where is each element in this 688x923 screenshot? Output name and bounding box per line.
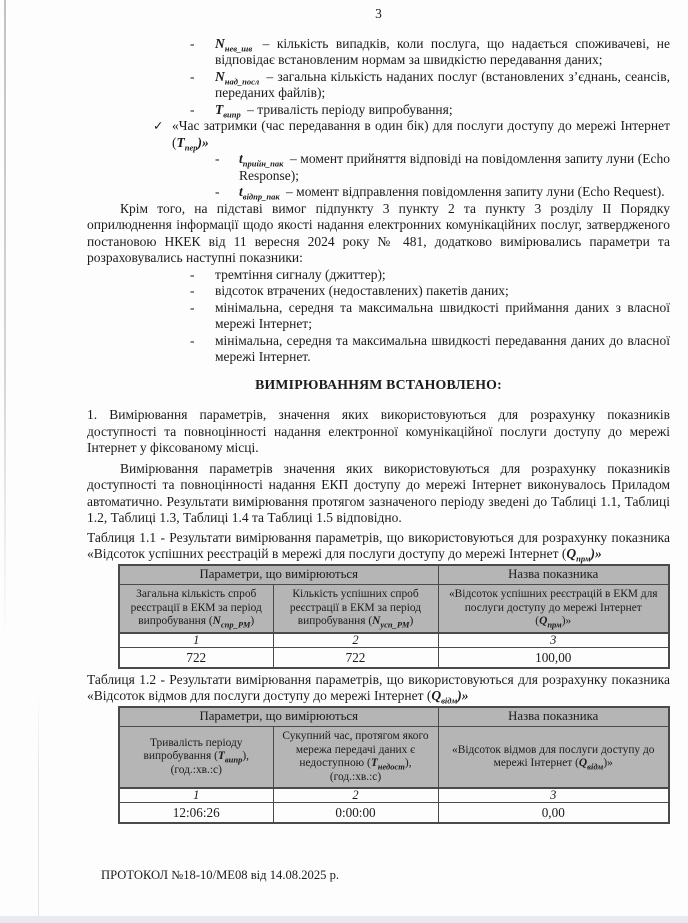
index-cell: 2: [273, 788, 438, 803]
group-header-parameters: Параметри, що вимірюються: [119, 707, 438, 727]
math-term: T: [371, 757, 378, 769]
math-subscript: випр: [225, 755, 243, 765]
index-cell: 2: [273, 633, 438, 648]
section-heading: ВИМІРЮВАННЯМ ВСТАНОВЛЕНО:: [87, 377, 670, 394]
math-subscript: усп_РМ: [380, 619, 409, 629]
definition-text: – кількість випадків, коли послуга, що н…: [215, 36, 670, 68]
bullet-jitter: - тремтіння сигналу (джиттер);: [87, 267, 670, 284]
paragraph-2: Вимірювання параметрів значення яких вик…: [87, 461, 670, 527]
list-item-nev-shv: - Nнев_шв – кількість випадків, коли пос…: [87, 36, 670, 69]
table-row: 722 722 100,00: [119, 647, 669, 668]
group-header-indicator: Назва показника: [438, 565, 669, 585]
page-number: 3: [87, 6, 670, 23]
math-term: T: [177, 135, 185, 150]
index-cell: 3: [438, 633, 669, 648]
math-subscript: відпр_пак: [243, 192, 280, 202]
bullet-text: відсоток втрачених (недоставлених) пакет…: [215, 283, 509, 298]
dash-bullet: -: [190, 300, 195, 317]
bullet-text: тремтіння сигналу (джиттер);: [215, 267, 386, 282]
bullet-lost-packets: - відсоток втрачених (недоставлених) пак…: [87, 283, 670, 300]
math-term: Q: [431, 688, 441, 703]
bullet-text: мінімальна, середня та максимальна швидк…: [215, 333, 670, 365]
dash-bullet: -: [190, 36, 195, 53]
math-term: T: [215, 102, 223, 117]
math-term: Q: [566, 546, 576, 561]
value-cell: 0:00:00: [273, 803, 438, 824]
math-subscript: відм: [587, 761, 603, 771]
col-header-total-attempts: Загальна кількість спроб реєстрації в ЕК…: [119, 585, 273, 633]
index-cell: 1: [119, 788, 273, 803]
table-row: Тривалість періоду випробування (Tвипр),…: [119, 727, 669, 789]
value-cell: 100,00: [438, 647, 669, 668]
list-item-echo-request: - tвідпр_пак – момент відправлення повід…: [87, 184, 670, 201]
math-subscript: недост: [378, 761, 405, 771]
list-item-t-vypr: - Tвипр – тривалість періоду випробуванн…: [87, 102, 670, 119]
math-term: T: [218, 750, 225, 762]
definition-text: – тривалість періоду випробування;: [247, 102, 452, 117]
col-header-test-duration: Тривалість періоду випробування (Tвипр),…: [119, 727, 273, 789]
caption-tail: )»: [457, 688, 468, 703]
dash-bullet: -: [190, 69, 195, 86]
paragraph-krim-toho: Крім того, на підставі вимог підпункту 3…: [87, 201, 670, 267]
col-header-unavailable-time: Сукупний час, протягом якого мережа пере…: [273, 727, 438, 789]
math-term: Q: [579, 757, 587, 769]
bullet-upload-speed: - мінімальна, середня та максимальна шви…: [87, 333, 670, 366]
dash-bullet: -: [215, 184, 220, 201]
paragraph-1: 1. Вимірювання параметрів, значення яких…: [87, 407, 670, 457]
page-content: 3 - Nнев_шв – кількість випадків, коли п…: [0, 0, 688, 923]
table-row: Параметри, що вимірюються Назва показник…: [119, 707, 669, 727]
dash-bullet: -: [190, 283, 195, 300]
math-subscript: прм: [547, 619, 561, 629]
list-item-echo-response: - tприйн_пак – момент прийняття відповід…: [87, 151, 670, 184]
document-page: 3 - Nнев_шв – кількість випадків, коли п…: [0, 0, 688, 923]
table-1-2: Параметри, що вимірюються Назва показник…: [118, 706, 670, 825]
group-header-indicator: Назва показника: [438, 707, 669, 727]
value-cell: 0,00: [438, 803, 669, 824]
protocol-footer: ПРОТОКОЛ №18-10/МЕ08 від 14.08.2025 р.: [87, 867, 670, 884]
math-term: N: [215, 36, 225, 51]
math-term: N: [215, 69, 225, 84]
delay-lead-text: «Час затримки (час передавання в один бі…: [172, 118, 670, 150]
math-term: N: [213, 615, 221, 627]
table-row: Загальна кількість спроб реєстрації в ЕК…: [119, 585, 669, 633]
dash-bullet: -: [190, 267, 195, 284]
index-cell: 1: [119, 633, 273, 648]
table-1-1: Параметри, що вимірюються Назва показник…: [118, 564, 670, 669]
dash-bullet: -: [190, 102, 195, 119]
col-header-indicator-name: «Відсоток успішних реєстрацій в ЕКМ для …: [438, 585, 669, 633]
col-header-success-attempts: Кількість успішних спроб реєстрації в ЕК…: [273, 585, 438, 633]
group-header-parameters: Параметри, що вимірюються: [119, 565, 438, 585]
table-row: 12:06:26 0:00:00 0,00: [119, 803, 669, 824]
table-row: 1 2 3: [119, 633, 669, 648]
table-1-2-caption: Таблиця 1.2 - Результати вимірювання пар…: [87, 672, 670, 705]
dash-bullet: -: [215, 151, 220, 168]
value-cell: 722: [273, 647, 438, 668]
table-row: Параметри, що вимірюються Назва показник…: [119, 565, 669, 585]
math-subscript: відм: [441, 696, 457, 706]
bullet-text: мінімальна, середня та максимальна швидк…: [215, 300, 670, 332]
table-row: 1 2 3: [119, 788, 669, 803]
col-header-indicator-name: «Відсоток відмов для послуги доступу до …: [438, 727, 669, 789]
definition-text: – момент прийняття відповіді на повідомл…: [239, 151, 670, 183]
value-cell: 12:06:26: [119, 803, 273, 824]
value-cell: 722: [119, 647, 273, 668]
bullet-download-speed: - мінімальна, середня та максимальна шви…: [87, 300, 670, 333]
math-subscript: прм: [576, 554, 590, 564]
definition-text: – загальна кількість наданих послуг (вст…: [215, 69, 670, 101]
definition-text: – момент відправлення повідомлення запит…: [286, 184, 665, 199]
check-icon: ✓: [153, 118, 163, 135]
caption-text: Таблиця 1.2 - Результати вимірювання пар…: [87, 672, 670, 704]
dash-bullet: -: [190, 333, 195, 350]
math-subscript: спр_РМ: [221, 619, 251, 629]
list-item-delay: ✓ «Час затримки (час передавання в один …: [87, 118, 670, 151]
table-1-1-caption: Таблиця 1.1 - Результати вимірювання пар…: [87, 530, 670, 563]
index-cell: 3: [438, 788, 669, 803]
caption-tail: )»: [591, 546, 602, 561]
list-item-nad-posl: - Nнад_посл – загальна кількість наданих…: [87, 69, 670, 102]
delay-tail-text: )»: [198, 135, 209, 150]
